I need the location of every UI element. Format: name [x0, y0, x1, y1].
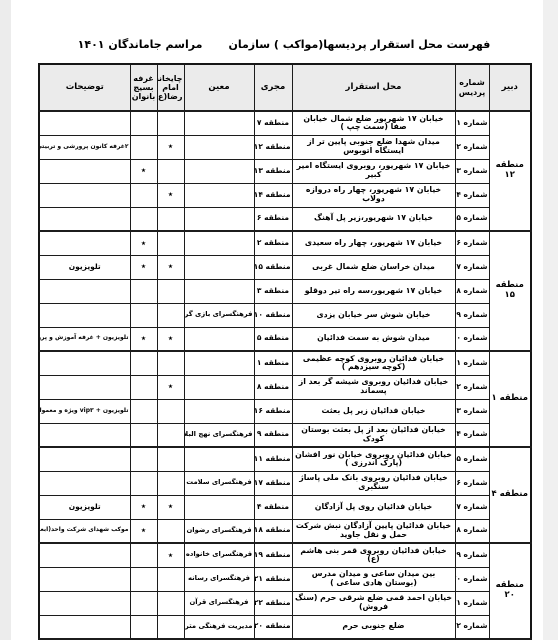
cell-mahal: خیابان ۱۷ شهریور، روبروی ایستگاه امیر کب…	[292, 159, 455, 183]
cell-moein	[184, 351, 254, 375]
cell-moein	[184, 327, 254, 351]
header-pardis-number: شماره پردیس	[455, 64, 489, 111]
table-row: شماره ۱۴خیابان فدائیان بعد از پل بعثت بو…	[39, 423, 531, 447]
cell-mojri: منطقه ۱۸	[254, 519, 292, 543]
cell-mojri: منطقه ۱۱	[254, 447, 292, 471]
table-body: منطقه ۱۲شماره ۱خیابان ۱۷ شهریور ضلع شمال…	[39, 111, 531, 639]
cell-mahal: میدان خراسان ضلع شمال غربی	[292, 255, 455, 279]
cell-ghorfe	[130, 375, 157, 399]
cell-shomare: شماره ۱۹	[455, 543, 489, 567]
table-row: شماره ۱۳خیابان فدائیان زیر پل بعثتمنطقه …	[39, 399, 531, 423]
cell-mahal: خیابان شوش سر خیابان یزدی	[292, 303, 455, 327]
cell-moein: فرهنگسرای بازی گران	[184, 303, 254, 327]
deployment-table: دبیر شماره پردیس محل استقرار مجری معین چ…	[38, 63, 532, 640]
cell-chaykhane: ٭	[157, 255, 184, 279]
cell-tozihat	[39, 279, 130, 303]
cell-tozihat	[39, 567, 130, 591]
cell-moein: فرهنگسرای رضوان	[184, 519, 254, 543]
cell-tozihat	[39, 591, 130, 615]
cell-moein	[184, 399, 254, 423]
cell-shomare: شماره ۲۰	[455, 567, 489, 591]
cell-dabir-group: منطقه ۲۰	[489, 543, 531, 639]
table-row: شماره ۲۲ضلع جنوبی حرممنطقه ۲۰مدیریت فرهن…	[39, 615, 531, 639]
cell-chaykhane	[157, 111, 184, 135]
cell-mahal: خیابان فدائیان پایین آزادگان نبش شرکت حم…	[292, 519, 455, 543]
cell-tozihat	[39, 543, 130, 567]
cell-moein	[184, 135, 254, 159]
cell-mojri: منطقه ۸	[254, 375, 292, 399]
cell-moein	[184, 183, 254, 207]
header-location: محل استقرار	[292, 64, 455, 111]
cell-mojri: منطقه ۱۶	[254, 399, 292, 423]
cell-moein: فرهنگسرای نهج البلاغه	[184, 423, 254, 447]
cell-shomare: شماره ۱۲	[455, 375, 489, 399]
cell-ghorfe	[130, 471, 157, 495]
cell-tozihat	[39, 183, 130, 207]
cell-tozihat: تلویزیون + غرفه آموزش و پرورش	[39, 327, 130, 351]
cell-ghorfe	[130, 279, 157, 303]
cell-mojri: منطقه ۲۲	[254, 591, 292, 615]
page-title-main: فهرست محل استقرار پردیسها(مواکب ) سازمان	[228, 38, 490, 51]
cell-ghorfe	[130, 303, 157, 327]
cell-shomare: شماره ۳	[455, 159, 489, 183]
cell-mojri: منطقه ۱۹	[254, 543, 292, 567]
table-row: شماره ۱۰میدان شوش به سمت فدائیانمنطقه ۵٭…	[39, 327, 531, 351]
cell-tozihat	[39, 159, 130, 183]
page-title-event: مراسم جاماندگان ۱۴۰۱	[78, 38, 203, 51]
cell-shomare: شماره ۹	[455, 303, 489, 327]
table-row: شماره ۲میدان شهدا ضلع جنوبی پایین تر از …	[39, 135, 531, 159]
cell-shomare: شماره ۶	[455, 231, 489, 255]
cell-moein: مدیریت فرهنگی مترو	[184, 615, 254, 639]
table-row: شماره ۴خیابان ۱۷ شهریور، چهار راه دروازه…	[39, 183, 531, 207]
cell-ghorfe	[130, 591, 157, 615]
cell-chaykhane: ٭	[157, 135, 184, 159]
cell-shomare: شماره ۴	[455, 183, 489, 207]
cell-ghorfe: ٭	[130, 159, 157, 183]
cell-shomare: شماره ۷	[455, 255, 489, 279]
cell-mahal: خیابان فدائیان روبروی قمر بنی هاشم (ع)	[292, 543, 455, 567]
cell-mojri: منطقه ۹	[254, 423, 292, 447]
cell-mahal: میدان شهدا ضلع جنوبی پایین تر از ایستگاه…	[292, 135, 455, 159]
cell-mojri: منطقه ۱۷	[254, 471, 292, 495]
cell-mojri: منطقه ۱۲	[254, 135, 292, 159]
cell-moein: فرهنگسرای خانواده	[184, 543, 254, 567]
cell-mahal: خیابان فدائیان روبروی شیشه گر بعد از پسم…	[292, 375, 455, 399]
cell-tozihat	[39, 207, 130, 231]
cell-chaykhane	[157, 399, 184, 423]
cell-shomare: شماره ۱۵	[455, 447, 489, 471]
table-row: شماره ۷میدان خراسان ضلع شمال غربیمنطقه ۱…	[39, 255, 531, 279]
cell-chaykhane	[157, 279, 184, 303]
cell-chaykhane	[157, 567, 184, 591]
table-row: شماره ۱۸خیابان فدائیان پایین آزادگان نبش…	[39, 519, 531, 543]
cell-tozihat	[39, 447, 130, 471]
table-row: شماره ۲۱خیابان احمد قمی ضلع شرقی حرم (سن…	[39, 591, 531, 615]
cell-ghorfe	[130, 423, 157, 447]
cell-mojri: منطقه ۱۵	[254, 255, 292, 279]
cell-dabir-group: منطقه ۱۵	[489, 231, 531, 351]
table-row: شماره ۲۰بین میدان ساعی و میدان مدرس (بوس…	[39, 567, 531, 591]
cell-tozihat: موکب شهدای شرکت واحد(ابعاد ۱۵×۱۰ )	[39, 519, 130, 543]
cell-chaykhane	[157, 615, 184, 639]
cell-ghorfe	[130, 351, 157, 375]
cell-tozihat	[39, 615, 130, 639]
cell-mojri: منطقه ۱۰	[254, 303, 292, 327]
cell-moein	[184, 279, 254, 303]
table-row: شماره ۱۷خیابان فدائیان روی پل آزادگانمنط…	[39, 495, 531, 519]
cell-chaykhane	[157, 423, 184, 447]
table-row: منطقه ۱۵شماره ۶خیابان ۱۷ شهریور، چهار را…	[39, 231, 531, 255]
cell-moein	[184, 111, 254, 135]
cell-chaykhane: ٭	[157, 543, 184, 567]
scan-edge-left	[0, 0, 11, 640]
cell-tozihat	[39, 375, 130, 399]
cell-moein	[184, 495, 254, 519]
cell-mahal: خیابان فدائیان روی پل آزادگان	[292, 495, 455, 519]
cell-tozihat	[39, 303, 130, 327]
cell-ghorfe	[130, 567, 157, 591]
cell-ghorfe: ٭	[130, 231, 157, 255]
cell-shomare: شماره ۱۰	[455, 327, 489, 351]
cell-moein	[184, 231, 254, 255]
cell-tozihat	[39, 111, 130, 135]
cell-chaykhane	[157, 591, 184, 615]
cell-ghorfe	[130, 615, 157, 639]
cell-moein: فرهنگسرای قرآن	[184, 591, 254, 615]
header-notes: توضیحات	[39, 64, 130, 111]
cell-moein: فرهنگسرای سلامت	[184, 471, 254, 495]
page-title: فهرست محل استقرار پردیسها(مواکب ) سازمان…	[38, 38, 530, 51]
cell-mojri: منطقه ۱۴	[254, 183, 292, 207]
cell-shomare: شماره ۵	[455, 207, 489, 231]
scanned-document-page: { "page": { "title_right": "فهرست محل اس…	[0, 0, 558, 640]
cell-chaykhane	[157, 471, 184, 495]
cell-tozihat: تلویزیون + vip۳ ویژه و معمولی +آبدارخانه	[39, 399, 130, 423]
cell-chaykhane: ٭	[157, 183, 184, 207]
cell-ghorfe	[130, 135, 157, 159]
cell-tozihat	[39, 423, 130, 447]
cell-shomare: شماره ۱۱	[455, 351, 489, 375]
cell-shomare: شماره ۱۴	[455, 423, 489, 447]
cell-tozihat: ۲غرفه کانون پرورشی و تربیتی تلویزیون	[39, 135, 130, 159]
cell-ghorfe: ٭	[130, 519, 157, 543]
cell-ghorfe	[130, 207, 157, 231]
cell-shomare: شماره ۱	[455, 111, 489, 135]
cell-chaykhane	[157, 351, 184, 375]
cell-moein	[184, 255, 254, 279]
cell-ghorfe: ٭	[130, 327, 157, 351]
cell-mahal: خیابان فدائیان روبروی بانک ملی پاساژ سنگ…	[292, 471, 455, 495]
cell-mojri: منطقه ۵	[254, 327, 292, 351]
cell-mojri: منطقه ۱	[254, 351, 292, 375]
cell-dabir-group: منطقه ۴	[489, 447, 531, 543]
cell-chaykhane	[157, 231, 184, 255]
cell-chaykhane	[157, 447, 184, 471]
cell-mojri: منطقه ۱۳	[254, 159, 292, 183]
table-row: منطقه ۲۰شماره ۱۹خیابان فدائیان روبروی قم…	[39, 543, 531, 567]
cell-ghorfe	[130, 111, 157, 135]
cell-chaykhane	[157, 519, 184, 543]
cell-chaykhane	[157, 303, 184, 327]
cell-shomare: شماره ۱۷	[455, 495, 489, 519]
cell-moein	[184, 159, 254, 183]
cell-chaykhane: ٭	[157, 495, 184, 519]
cell-moein	[184, 447, 254, 471]
cell-chaykhane	[157, 207, 184, 231]
header-executor: مجری	[254, 64, 292, 111]
cell-mojri: منطقه ۷	[254, 111, 292, 135]
cell-mojri: منطقه ۴	[254, 495, 292, 519]
cell-mahal: خیابان ۱۷ شهریور، چهار راه سعیدی	[292, 231, 455, 255]
cell-mahal: خیابان فدائیان روبروی کوچه عظیمی (کوچه س…	[292, 351, 455, 375]
cell-chaykhane: ٭	[157, 375, 184, 399]
cell-shomare: شماره ۲۲	[455, 615, 489, 639]
header-basij-booth: غرفه بسیج بانوان	[130, 64, 157, 111]
cell-tozihat	[39, 231, 130, 255]
cell-ghorfe	[130, 183, 157, 207]
cell-dabir-group: منطقه ۱	[489, 351, 531, 447]
cell-mojri: منطقه ۳	[254, 279, 292, 303]
table-row: شماره ۹خیابان شوش سر خیابان یزدیمنطقه ۱۰…	[39, 303, 531, 327]
cell-mahal: خیابان ۱۷ شهریور ضلع شمال خیابان صفا (سم…	[292, 111, 455, 135]
table-row: شماره ۸خیابان ۱۷ شهریور،سه راه تیر دوقلو…	[39, 279, 531, 303]
cell-mahal: میدان شوش به سمت فدائیان	[292, 327, 455, 351]
cell-tozihat: تلویزیون	[39, 255, 130, 279]
cell-tozihat	[39, 471, 130, 495]
table-header: دبیر شماره پردیس محل استقرار مجری معین چ…	[39, 64, 531, 111]
cell-mahal: خیابان ۱۷ شهریور،زیر پل آهنگ	[292, 207, 455, 231]
table-row: منطقه ۴شماره ۱۵خیابان فدائیان روبروی خیا…	[39, 447, 531, 471]
cell-mojri: منطقه ۲۱	[254, 567, 292, 591]
cell-shomare: شماره ۱۸	[455, 519, 489, 543]
cell-shomare: شماره ۱۶	[455, 471, 489, 495]
cell-ghorfe: ٭	[130, 495, 157, 519]
table-row: منطقه ۱شماره ۱۱خیابان فدائیان روبروی کوچ…	[39, 351, 531, 375]
cell-tozihat: تلویزیون	[39, 495, 130, 519]
cell-mahal: خیابان فدائیان زیر پل بعثت	[292, 399, 455, 423]
header-dabir: دبیر	[489, 64, 531, 111]
cell-mojri: منطقه ۲۰	[254, 615, 292, 639]
cell-moein: فرهنگسرای رسانه	[184, 567, 254, 591]
cell-ghorfe	[130, 447, 157, 471]
table-row: شماره ۳خیابان ۱۷ شهریور، روبروی ایستگاه …	[39, 159, 531, 183]
cell-chaykhane	[157, 159, 184, 183]
cell-mahal: ضلع جنوبی حرم	[292, 615, 455, 639]
cell-mahal: خیابان احمد قمی ضلع شرقی حرم (سنگ فروش)	[292, 591, 455, 615]
cell-ghorfe	[130, 399, 157, 423]
table-row: منطقه ۱۲شماره ۱خیابان ۱۷ شهریور ضلع شمال…	[39, 111, 531, 135]
cell-mahal: خیابان ۱۷ شهریور، چهار راه دروازه دولاب	[292, 183, 455, 207]
cell-moein	[184, 207, 254, 231]
table-row: شماره ۱۲خیابان فدائیان روبروی شیشه گر بع…	[39, 375, 531, 399]
cell-shomare: شماره ۲۱	[455, 591, 489, 615]
cell-mahal: خیابان فدائیان روبروی خیابان نور افشان (…	[292, 447, 455, 471]
header-teahouse: چایخانه امام رضا(ع)	[157, 64, 184, 111]
cell-mahal: خیابان فدائیان بعد از پل بعثت بوستان کود…	[292, 423, 455, 447]
cell-ghorfe: ٭	[130, 255, 157, 279]
cell-shomare: شماره ۸	[455, 279, 489, 303]
deployment-table-wrapper: دبیر شماره پردیس محل استقرار مجری معین چ…	[38, 63, 530, 638]
cell-shomare: شماره ۱۳	[455, 399, 489, 423]
cell-moein	[184, 375, 254, 399]
cell-dabir-group: منطقه ۱۲	[489, 111, 531, 231]
header-row: دبیر شماره پردیس محل استقرار مجری معین چ…	[39, 64, 531, 111]
scan-edge-right	[543, 0, 558, 640]
cell-mojri: منطقه ۶	[254, 207, 292, 231]
cell-tozihat	[39, 351, 130, 375]
cell-mahal: بین میدان ساعی و میدان مدرس (بوستان هادی…	[292, 567, 455, 591]
cell-shomare: شماره ۲	[455, 135, 489, 159]
cell-mojri: منطقه ۲	[254, 231, 292, 255]
cell-chaykhane: ٭	[157, 327, 184, 351]
header-moein: معین	[184, 64, 254, 111]
cell-mahal: خیابان ۱۷ شهریور،سه راه تیر دوقلو	[292, 279, 455, 303]
table-row: شماره ۵خیابان ۱۷ شهریور،زیر پل آهنگمنطقه…	[39, 207, 531, 231]
cell-ghorfe	[130, 543, 157, 567]
table-row: شماره ۱۶خیابان فدائیان روبروی بانک ملی پ…	[39, 471, 531, 495]
